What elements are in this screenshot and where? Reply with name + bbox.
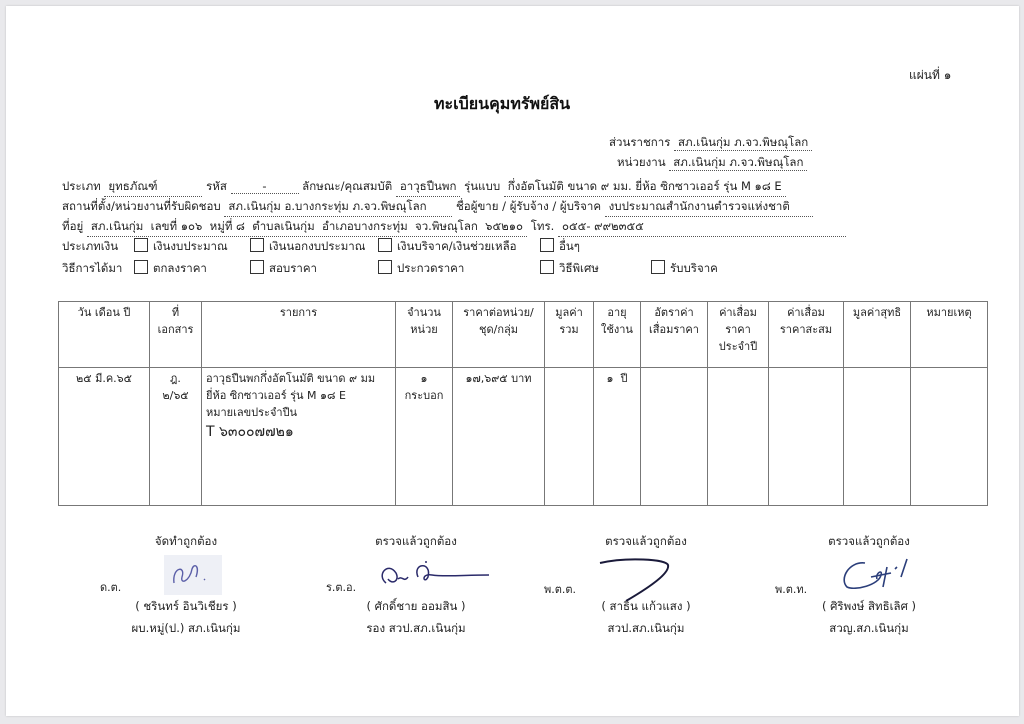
checkbox[interactable]: [378, 238, 392, 252]
money-type-label: ประเภทเงิน: [62, 238, 118, 256]
code-label: รหัส: [206, 179, 227, 193]
signature-name: ( ชรินทร์ อินวิเชียร ): [86, 598, 286, 616]
asset-register-table: วัน เดือน ปี ที่ เอกสาร รายการ จำนวน หน่…: [58, 301, 988, 506]
money-option-donation[interactable]: เงินบริจาค/เงินช่วยเหลือ: [374, 238, 517, 256]
cell-remarks: [911, 368, 988, 506]
cell-doc-no: ฎ. ๒/๖๕: [150, 368, 202, 506]
handwritten-signature-icon: [374, 553, 494, 593]
checkbox[interactable]: [540, 260, 554, 274]
signature-rank: ด.ต.: [100, 578, 121, 596]
table-header-row: วัน เดือน ปี ที่ เอกสาร รายการ จำนวน หน่…: [59, 302, 988, 368]
option-label: ตกลงราคา: [153, 261, 207, 275]
cell-lifetime: ๑ ปี: [594, 368, 641, 506]
signature-name: ( ศักดิ์ชาย ออมสิน ): [316, 598, 516, 616]
option-label: เงินบริจาค/เงินช่วยเหลือ: [397, 239, 517, 253]
signature-position: สวป.สภ.เนินกุ่ม: [546, 620, 746, 638]
signature-heading: ตรวจแล้วถูกต้อง: [769, 533, 969, 551]
agency-label: ส่วนราชการ: [609, 135, 670, 149]
seller-value: งบประมาณสำนักงานตำรวจแห่งชาติ: [605, 198, 813, 217]
col-annual-depreciation: ค่าเสื่อม ราคา ประจำปี: [708, 302, 769, 368]
location-line: สถานที่ตั้ง/หน่วยงานที่รับผิดชอบ สภ.เนิน…: [62, 198, 813, 217]
location-label: สถานที่ตั้ง/หน่วยงานที่รับผิดชอบ: [62, 199, 221, 213]
money-option-budget[interactable]: เงินงบประมาณ: [130, 238, 228, 256]
cell-annual-depreciation: [708, 368, 769, 506]
signature-name: ( สาธิน แก้วแสง ): [546, 598, 746, 616]
cell-net-value: [844, 368, 911, 506]
signature-heading: ตรวจแล้วถูกต้อง: [546, 533, 746, 551]
document-page: แผ่นที่ ๑ ทะเบียนคุมทรัพย์สิน ส่วนราชการ…: [6, 6, 1019, 716]
col-total-value: มูลค่า รวม: [545, 302, 594, 368]
type-line: ประเภท ยุทธภัณฑ์ รหัส - ลักษณะ/คุณสมบัติ…: [62, 178, 786, 197]
col-remarks: หมายเหตุ: [911, 302, 988, 368]
col-date: วัน เดือน ปี: [59, 302, 150, 368]
table-row: ๒๕ มี.ค.๖๕ ฎ. ๒/๖๕ อาวุธปืนพกกึ่งอัตโนมั…: [59, 368, 988, 506]
unit-line: หน่วยงาน สภ.เนินกุ่ม ภ.จว.พิษณุโลก: [617, 154, 807, 171]
unit-value: สภ.เนินกุ่ม ภ.จว.พิษณุโลก: [669, 154, 807, 171]
col-accumulated-depreciation: ค่าเสื่อม ราคาสะสม: [769, 302, 844, 368]
signature-block-preparer: จัดทำถูกต้อง ด.ต. ( ชรินทร์ อินวิเชียร )…: [86, 533, 286, 643]
col-quantity: จำนวน หน่วย: [396, 302, 453, 368]
acq-option-quotation[interactable]: สอบราคา: [246, 260, 317, 278]
cell-unit-price: ๑๗,๖๙๕ บาท: [453, 368, 545, 506]
signature-block-checker-2: ตรวจแล้วถูกต้อง พ.ต.ต. ( สาธิน แก้วแสง )…: [546, 533, 746, 643]
signature-name: ( ศิริพงษ์ สิทธิเลิศ ): [769, 598, 969, 616]
option-label: รับบริจาค: [670, 261, 718, 275]
property-label: ลักษณะ/คุณสมบัติ: [302, 179, 392, 193]
handwritten-signature-icon: [835, 555, 925, 595]
acquisition-label: วิธีการได้มา: [62, 260, 122, 278]
col-doc-no: ที่ เอกสาร: [150, 302, 202, 368]
signature-rank: ร.ต.อ.: [326, 578, 356, 596]
model-label: รุ่นแบบ: [464, 179, 500, 193]
checkbox[interactable]: [651, 260, 665, 274]
agency-value: สภ.เนินกุ่ม ภ.จว.พิษณุโลก: [674, 134, 812, 151]
checkbox[interactable]: [250, 260, 264, 274]
option-label: ประกวดราคา: [397, 261, 464, 275]
document-title: ทะเบียนคุมทรัพย์สิน: [434, 92, 570, 117]
handwritten-signature-icon: [164, 555, 222, 595]
checkbox[interactable]: [134, 238, 148, 252]
cell-total-value: [545, 368, 594, 506]
checkbox[interactable]: [540, 238, 554, 252]
col-lifetime: อายุ ใช้งาน: [594, 302, 641, 368]
checkbox[interactable]: [378, 260, 392, 274]
item-description: อาวุธปืนพกกึ่งอัตโนมัติ ขนาด ๙ มม ยี่ห้อ…: [206, 372, 375, 419]
checkbox[interactable]: [134, 260, 148, 274]
money-option-off-budget[interactable]: เงินนอกงบประมาณ: [246, 238, 365, 256]
cell-item: อาวุธปืนพกกึ่งอัตโนมัติ ขนาด ๙ มม ยี่ห้อ…: [202, 368, 396, 506]
cell-depreciation-rate: [641, 368, 708, 506]
address-line: ที่อยู่ สภ.เนินกุ่ม เลขที่ ๑๐๖ หมู่ที่ ๘…: [62, 218, 846, 237]
option-label: สอบราคา: [269, 261, 317, 275]
option-label: อื่นๆ: [559, 239, 580, 253]
model-value: กึ่งอัตโนมัติ ขนาด ๙ มม. ยี่ห้อ ซิกซาวเอ…: [504, 178, 786, 197]
address-label: ที่อยู่: [62, 219, 83, 233]
col-unit-price: ราคาต่อหน่วย/ ชุด/กลุ่ม: [453, 302, 545, 368]
item-serial: T ๖๓๐๐๗๗๒๑: [206, 424, 391, 441]
col-item: รายการ: [202, 302, 396, 368]
signature-block-checker-1: ตรวจแล้วถูกต้อง ร.ต.อ. ( ศักดิ์ชาย ออมสิ…: [316, 533, 516, 643]
col-net-value: มูลค่าสุทธิ: [844, 302, 911, 368]
acq-option-bidding[interactable]: ประกวดราคา: [374, 260, 464, 278]
address-value: สภ.เนินกุ่ม เลขที่ ๑๐๖ หมู่ที่ ๘ ตำบลเนิ…: [87, 218, 527, 237]
property-value: อาวุธปืนพก: [396, 178, 461, 197]
cell-quantity: ๑ กระบอก: [396, 368, 453, 506]
signature-position: รอง สวป.สภ.เนินกุ่ม: [316, 620, 516, 638]
acq-option-special[interactable]: วิธีพิเศษ: [536, 260, 599, 278]
handwritten-signature-icon: [596, 555, 706, 603]
phone-label: โทร.: [531, 219, 555, 233]
type-value: ยุทธภัณฑ์: [104, 178, 202, 197]
cell-accumulated-depreciation: [769, 368, 844, 506]
signature-block-checker-3: ตรวจแล้วถูกต้อง พ.ต.ท. ( ศิริพงษ์ สิทธิเ…: [769, 533, 969, 643]
location-value: สภ.เนินกุ่ม อ.บางกระทุ่ม ภ.จว.พิษณุโลก: [224, 198, 452, 217]
checkbox[interactable]: [250, 238, 264, 252]
sheet-number: แผ่นที่ ๑: [909, 66, 951, 85]
type-label: ประเภท: [62, 179, 101, 193]
agency-line: ส่วนราชการ สภ.เนินกุ่ม ภ.จว.พิษณุโลก: [609, 134, 812, 151]
signature-position: สวญ.สภ.เนินกุ่ม: [769, 620, 969, 638]
option-label: วิธีพิเศษ: [559, 261, 599, 275]
signature-position: ผบ.หมู่(ป.) สภ.เนินกุ่ม: [86, 620, 286, 638]
signature-rank: พ.ต.ท.: [775, 580, 807, 598]
option-label: เงินงบประมาณ: [153, 239, 228, 253]
option-label: เงินนอกงบประมาณ: [269, 239, 365, 253]
signature-heading: จัดทำถูกต้อง: [86, 533, 286, 551]
cell-date: ๒๕ มี.ค.๖๕: [59, 368, 150, 506]
signature-heading: ตรวจแล้วถูกต้อง: [316, 533, 516, 551]
unit-label: หน่วยงาน: [617, 155, 666, 169]
acq-option-donation[interactable]: รับบริจาค: [647, 260, 718, 278]
acq-option-agreement[interactable]: ตกลงราคา: [130, 260, 207, 278]
money-option-other[interactable]: อื่นๆ: [536, 238, 580, 256]
signature-rank: พ.ต.ต.: [544, 580, 576, 598]
code-value: -: [231, 179, 299, 194]
phone-value: ๐๕๕- ๙๙๒๓๕๕: [558, 218, 846, 237]
col-depreciation-rate: อัตราค่า เสื่อมราคา: [641, 302, 708, 368]
seller-label: ชื่อผู้ขาย / ผู้รับจ้าง / ผู้บริจาค: [456, 199, 601, 213]
